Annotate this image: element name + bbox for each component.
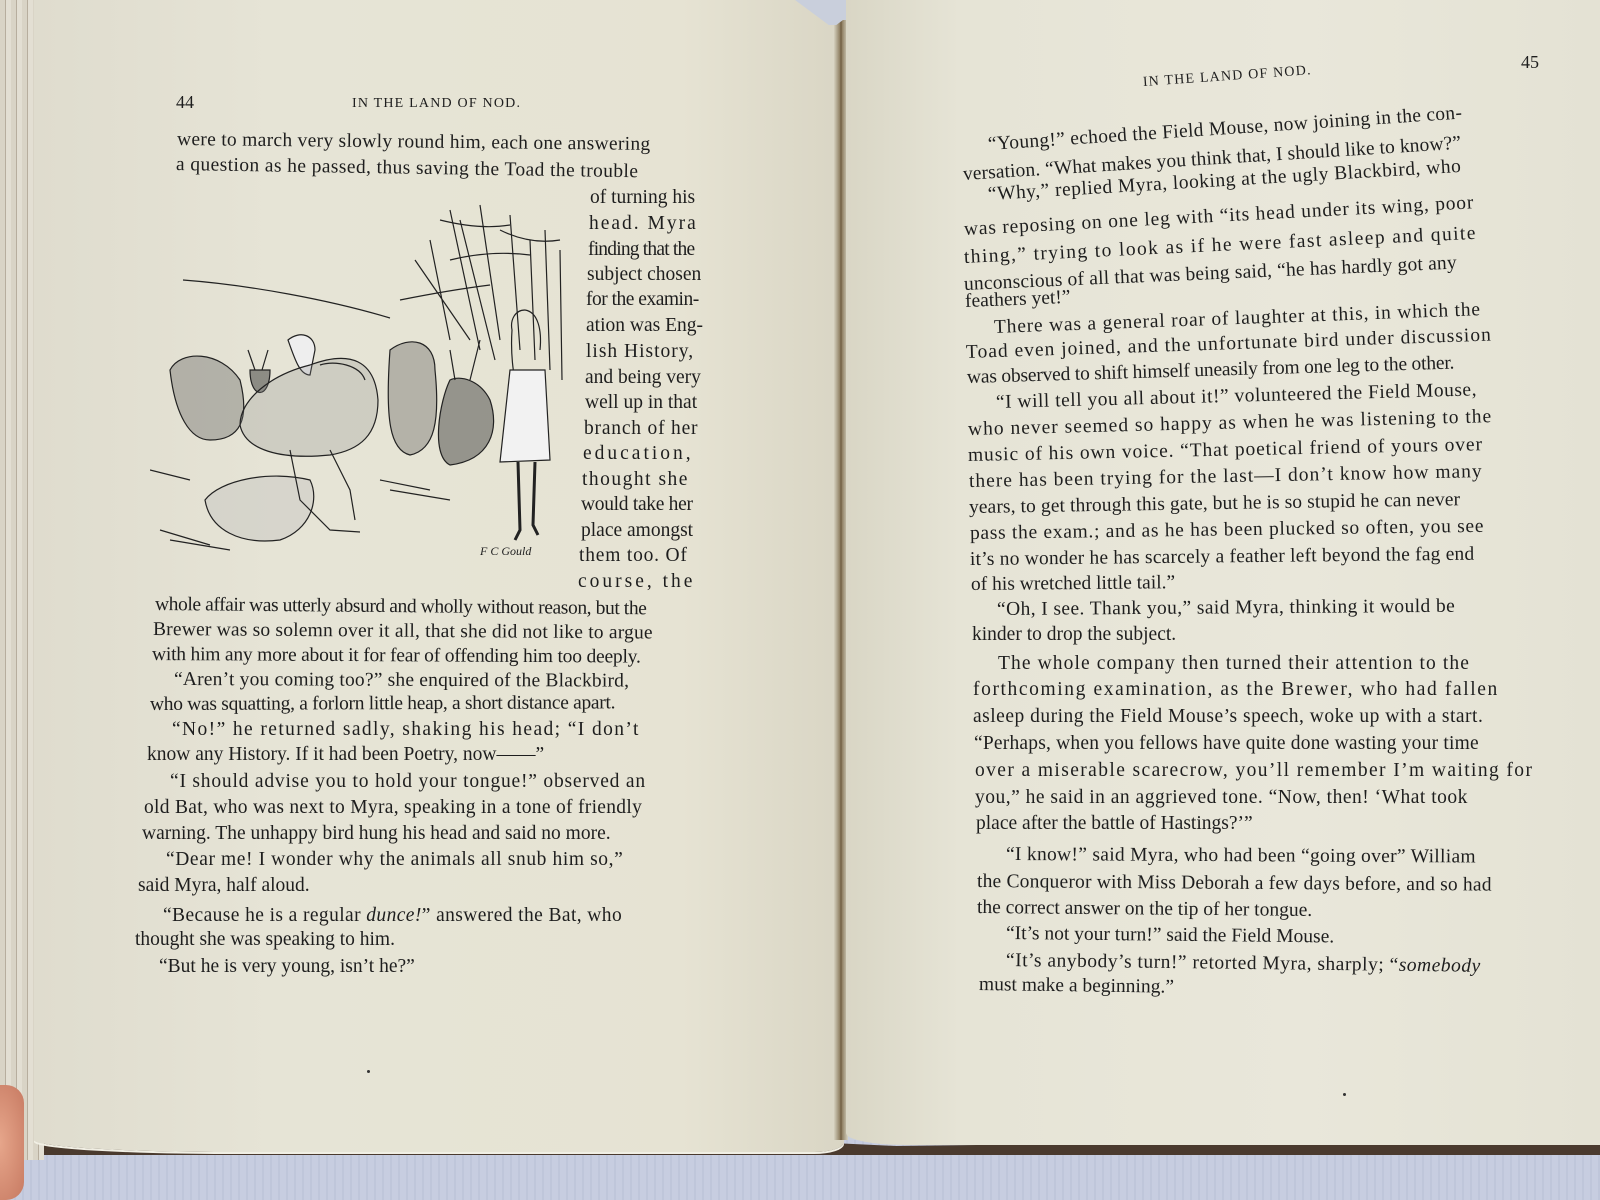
text-line: education,	[583, 444, 694, 464]
text-line: kinder to drop the subject.	[972, 625, 1176, 645]
italic-word: somebody	[1399, 955, 1481, 977]
text-line: “Dear me! I wonder why the animals all s…	[166, 850, 623, 870]
text-line: “It’s not your turn!” said the Field Mou…	[1006, 924, 1334, 947]
text-line: “No!” he returned sadly, shaking his hea…	[172, 720, 640, 740]
text-line: said Myra, half aloud.	[138, 876, 310, 896]
text-line: forthcoming examination, as the Brewer, …	[973, 680, 1499, 700]
text-line: ation was Eng-	[586, 316, 703, 336]
text-line: well up in that	[585, 393, 697, 413]
text-line: who was squatting, a forlorn little heap…	[150, 693, 615, 714]
page-number-left: 44	[176, 92, 194, 113]
text-line: “Perhaps, when you fellows have quite do…	[974, 734, 1479, 754]
text-line: a question as he passed, thus saving the…	[176, 155, 639, 182]
text-line: of turning his	[590, 188, 695, 208]
dust-speck	[1343, 1093, 1346, 1096]
text-line: pass the exam.; and as he has been pluck…	[970, 517, 1484, 544]
text-line: branch of her	[584, 419, 698, 439]
text-segment: ” answered the Bat, who	[422, 905, 622, 926]
text-line: “Because he is a regular dunce!” answere…	[163, 906, 622, 926]
running-head-left: IN THE LAND OF NOD.	[352, 96, 521, 112]
dust-speck	[367, 1070, 370, 1073]
text-line: warning. The unhappy bird hung his head …	[142, 824, 611, 844]
text-line: whole affair was utterly absurd and whol…	[155, 595, 647, 619]
text-line: know any History. If it had been Poetry,…	[147, 745, 544, 765]
text-line: “I should advise you to hold your tongue…	[170, 772, 646, 792]
text-line: finding that the	[588, 240, 694, 260]
text-line: and being very	[585, 368, 701, 388]
text-segment: “It’s anybody’s turn!” retorted Myra, sh…	[1006, 950, 1399, 976]
text-line: must make a beginning.”	[979, 975, 1174, 997]
text-line: place after the battle of Hastings?’”	[976, 814, 1253, 834]
right-page: 45 IN THE LAND OF NOD. “Young!” echoed t…	[846, 0, 1600, 1145]
illustration-signature: F C Gould	[479, 544, 532, 558]
text-line: of his wretched little tail.”	[971, 573, 1175, 594]
text-line: head. Myra	[589, 214, 698, 234]
text-line: for the examin-	[586, 290, 699, 310]
text-line: old Bat, who was next to Myra, speaking …	[144, 798, 642, 818]
text-line: years, to get through this gate, but he …	[969, 490, 1460, 517]
text-line: course, the	[578, 572, 695, 592]
right-page-text: “Young!” echoed the Field Mouse, now joi…	[846, 0, 1600, 1145]
text-line: subject chosen	[587, 265, 701, 285]
text-line: were to march very slowly round him, eac…	[177, 130, 651, 154]
text-line: lish History,	[586, 342, 694, 362]
engraving-illustration: F C Gould	[150, 200, 580, 570]
text-line: music of his own voice. “That poetical f…	[968, 435, 1483, 465]
text-line: Brewer was so solemn over it all, that s…	[153, 620, 653, 643]
text-line: “Aren’t you coming too?” she enquired of…	[174, 670, 629, 691]
text-line: asleep during the Field Mouse’s speech, …	[973, 707, 1483, 727]
left-page: 44 IN THE LAND OF NOD. were to march ver…	[34, 0, 844, 1152]
thumb	[0, 1085, 24, 1200]
text-line: “It’s anybody’s turn!” retorted Myra, sh…	[1006, 951, 1481, 976]
text-line: thought she	[582, 470, 689, 490]
text-line: over a miserable scarecrow, you’ll remem…	[975, 761, 1533, 781]
text-segment: “Because he is a regular	[163, 905, 366, 926]
text-line: with him any more about it for fear of o…	[152, 645, 641, 667]
illustration-animals-examination: F C Gould	[150, 200, 580, 570]
text-line: the correct answer on the tip of her ton…	[977, 898, 1312, 920]
text-line: there has been trying for the last—I don…	[969, 462, 1483, 491]
text-line: place amongst	[581, 521, 693, 541]
text-line: “I know!” said Myra, who had been “going…	[1006, 845, 1476, 867]
text-line: The whole company then turned their atte…	[998, 654, 1470, 674]
text-line: the Conqueror with Miss Deborah a few da…	[977, 872, 1492, 895]
text-line: thought she was speaking to him.	[135, 930, 395, 950]
text-line: would take her	[581, 495, 693, 515]
text-line: them too. Of	[579, 546, 688, 566]
text-line: you,” he said in an aggrieved tone. “Now…	[975, 788, 1468, 808]
text-line: it’s no wonder he has scarcely a feather…	[970, 545, 1475, 570]
text-line: “But he is very young, isn’t he?”	[159, 957, 415, 977]
italic-word: dunce!	[366, 905, 421, 926]
text-line: feathers yet!”	[965, 288, 1071, 312]
text-line: “Oh, I see. Thank you,” said Myra, think…	[997, 597, 1455, 620]
